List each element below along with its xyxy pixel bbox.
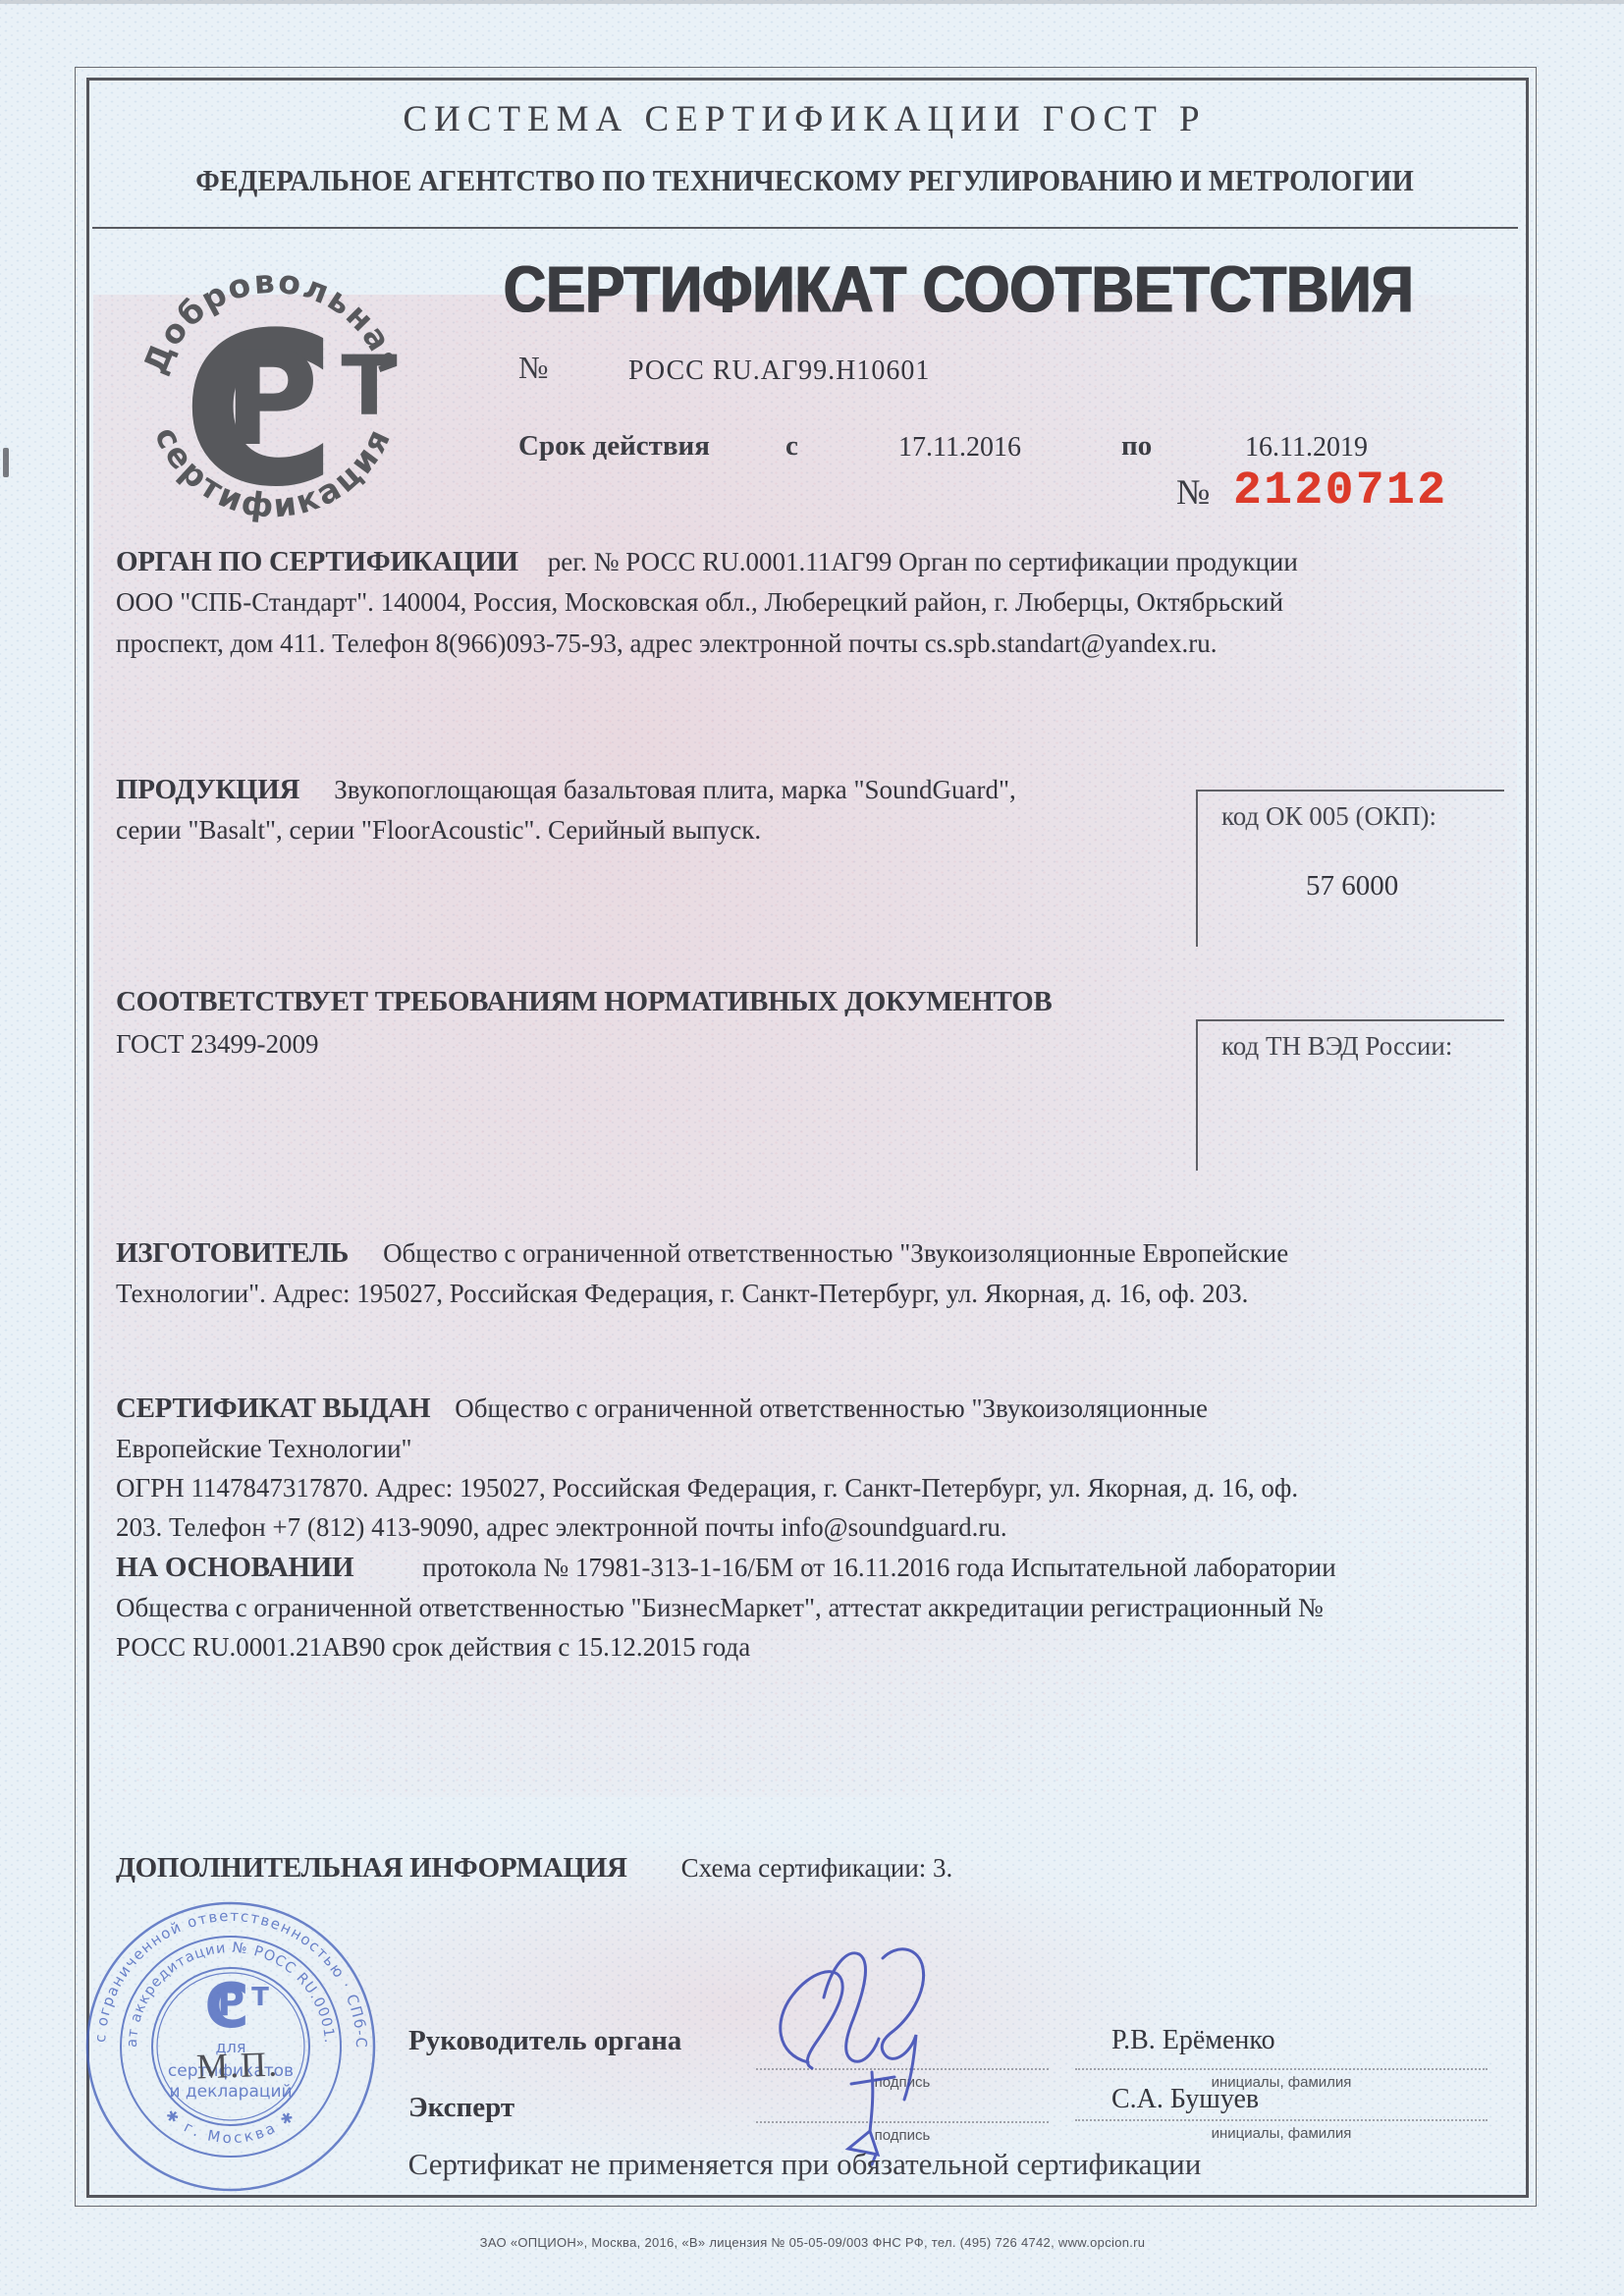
header-divider	[92, 227, 1518, 229]
stamp-place-label: М.П.	[195, 2044, 279, 2088]
stamp-ring-bottom-text: ✱ г. Москва ✱	[162, 2105, 299, 2147]
scan-mark-artifact	[3, 448, 9, 477]
production-label: ПРОДУКЦИЯ	[116, 774, 299, 805]
certificate-page: СИСТЕМА СЕРТИФИКАЦИИ ГОСТ Р ФЕДЕРАЛЬНОЕ …	[0, 0, 1624, 2296]
tnved-code-label: код ТН ВЭД России:	[1221, 1031, 1452, 1062]
organ-label: ОРГАН ПО СЕРТИФИКАЦИИ	[116, 546, 518, 577]
basis-row: НА ОСНОВАНИИпротокола № 17981-313-1-16/Б…	[116, 1552, 1498, 1584]
manufacturer-row: ИЗГОТОВИТЕЛЬОбщество с ограниченной отве…	[116, 1237, 1498, 1270]
system-heading: СИСТЕМА СЕРТИФИКАЦИИ ГОСТ Р	[86, 98, 1523, 140]
basis-label: НА ОСНОВАНИИ	[116, 1552, 353, 1583]
validity-to-label: по	[1121, 430, 1152, 463]
head-name-line	[1075, 2068, 1488, 2070]
cert-number-value: РОСС RU.АГ99.Н10601	[628, 355, 930, 387]
organ-line2: ООО "СПБ-Стандарт". 140004, Россия, Моск…	[116, 587, 1498, 618]
issued-label: СЕРТИФИКАТ ВЫДАН	[116, 1393, 430, 1424]
validity-from-label: с	[785, 430, 798, 463]
valid-to-date: 16.11.2019	[1245, 432, 1368, 464]
validity-label: Срок действия	[518, 430, 710, 463]
manufacturer-line2: Технологии". Адрес: 195027, Российская Ф…	[116, 1279, 1498, 1309]
valid-from-date: 17.11.2016	[898, 432, 1021, 464]
form-number-value: 2120712	[1233, 465, 1447, 518]
basis-line2: Общества с ограниченной ответственностью…	[116, 1593, 1498, 1623]
expert-name: С.А. Бушуев	[1111, 2084, 1259, 2115]
additional-label: ДОПОЛНИТЕЛЬНАЯ ИНФОРМАЦИЯ	[116, 1852, 627, 1884]
okp-code-label: код ОК 005 (ОКП):	[1221, 801, 1436, 832]
okp-code-value: 57 6000	[1306, 870, 1398, 902]
basis-line1: протокола № 17981-313-1-16/БМ от 16.11.2…	[422, 1553, 1335, 1582]
conforms-label: СООТВЕТСТВУЕТ ТРЕБОВАНИЯМ НОРМАТИВНЫХ ДО…	[116, 986, 1498, 1018]
agency-heading: ФЕДЕРАЛЬНОЕ АГЕНТСТВО ПО ТЕХНИЧЕСКОМУ РЕ…	[144, 163, 1466, 198]
expert-label: Эксперт	[408, 2092, 514, 2124]
manufacturer-label: ИЗГОТОВИТЕЛЬ	[116, 1237, 349, 1269]
logo-glyph-r: Р	[224, 324, 319, 475]
expert-name-line	[1075, 2119, 1488, 2121]
stamp-glyph-t: Т	[251, 1983, 269, 2012]
organ-row: ОРГАН ПО СЕРТИФИКАЦИИрег. № РОСС RU.0001…	[116, 546, 1498, 578]
svg-text:✱ г. Москва ✱: ✱ г. Москва ✱	[162, 2105, 299, 2147]
head-of-body-label: Руководитель органа	[408, 2025, 681, 2057]
additional-value: Схема сертификации: 3.	[681, 1853, 953, 1883]
printer-imprint: ЗАО «ОПЦИОН», Москва, 2016, «В» лицензия…	[94, 2235, 1531, 2250]
issued-line4: 203. Телефон +7 (812) 413-9090, адрес эл…	[116, 1512, 1498, 1543]
logo-glyph-t: Т	[341, 338, 397, 434]
expert-name-caption: инициалы, фамилия	[1075, 2125, 1488, 2142]
issued-row: СЕРТИФИКАТ ВЫДАНОбщество с ограниченной …	[116, 1393, 1498, 1425]
stamp-glyph-r: Р	[217, 1981, 244, 2024]
form-number-sign: №	[1176, 471, 1210, 513]
issued-line1: Общество с ограниченной ответственностью…	[455, 1394, 1208, 1423]
restriction-note: Сертификат не применяется при обязательн…	[86, 2147, 1523, 2182]
issued-line3: ОГРН 1147847317870. Адрес: 195027, Росси…	[116, 1473, 1498, 1503]
issued-line2: Европейские Технологии"	[116, 1434, 1498, 1464]
rst-logo: Добровольная сертификация С Р Т	[124, 236, 422, 560]
organ-line3: проспект, дом 411. Телефон 8(966)093-75-…	[116, 629, 1498, 659]
scan-edge-artifact	[0, 0, 1624, 4]
manufacturer-line1: Общество с ограниченной ответственностью…	[383, 1238, 1288, 1268]
basis-line3: РОСС RU.0001.21АВ90 срок действия с 15.1…	[116, 1632, 1498, 1663]
head-name: Р.В. Ерёменко	[1111, 2025, 1275, 2056]
additional-row: ДОПОЛНИТЕЛЬНАЯ ИНФОРМАЦИЯСхема сертифика…	[116, 1852, 1498, 1885]
document-title: СЕРТИФИКАТ СООТВЕТСТВИЯ	[412, 251, 1504, 327]
organ-line1: рег. № РОСС RU.0001.11АГ99 Орган по серт…	[548, 547, 1298, 576]
production-line1: Звукопоглощающая базальтовая плита, марк…	[334, 775, 1016, 804]
cert-number-sign: №	[518, 350, 549, 386]
